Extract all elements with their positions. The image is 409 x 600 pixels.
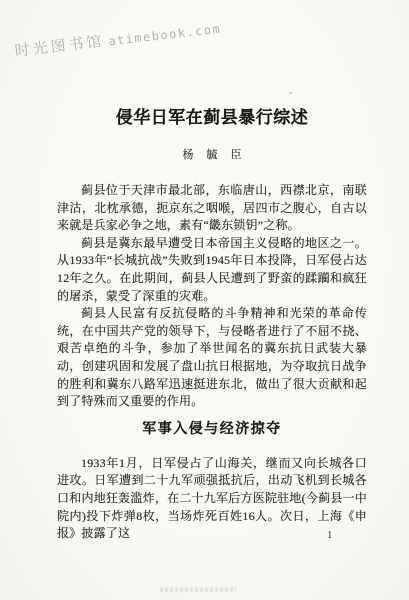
section-heading: 军事入侵与经济掠夺 [57,420,367,439]
intro-paragraph: 蓟县位于天津市最北部，东临唐山，西襟北京，南联津沽，北枕承德，扼京东之咽喉，居四… [57,182,367,235]
article-author: 杨毓臣 [57,147,367,163]
page-number: 1 [327,529,333,541]
article-title: 侵华日军在蓟县暴行综述 [57,106,367,130]
library-watermark: 时光图书馆 atimebook.com [14,17,222,61]
intro-paragraph: 蓟县是冀东最早遭受日本帝国主义侵略的地区之一。从1933年“长城抗战”失败到19… [57,235,367,305]
article-body: 蓟县位于天津市最北部，东临唐山，西襟北京，南联津沽，北枕承德，扼京东之咽喉，居四… [57,182,367,543]
watermark-library-name: 时光图书馆 [14,33,105,60]
scanned-book-page: 时光图书馆 atimebook.com 侵华日军在蓟县暴行综述 杨毓臣 蓟县位于… [0,0,409,600]
page-content: 侵华日军在蓟县暴行综述 杨毓臣 蓟县位于天津市最北部，东临唐山，西襟北京，南联津… [57,106,367,543]
footer-print-smudge [160,587,236,592]
scan-speck [289,92,292,94]
watermark-site-url: atimebook.com [108,22,222,49]
intro-paragraph: 蓟县人民富有反抗侵略的斗争精神和光荣的革命传统，在中国共产党的领导下，与侵略者进… [57,305,367,411]
section-paragraph: 1933年1月，日军侵占了山海关，继而又向长城各口进攻。日军遭到二十九军顽强抵抗… [57,455,367,543]
